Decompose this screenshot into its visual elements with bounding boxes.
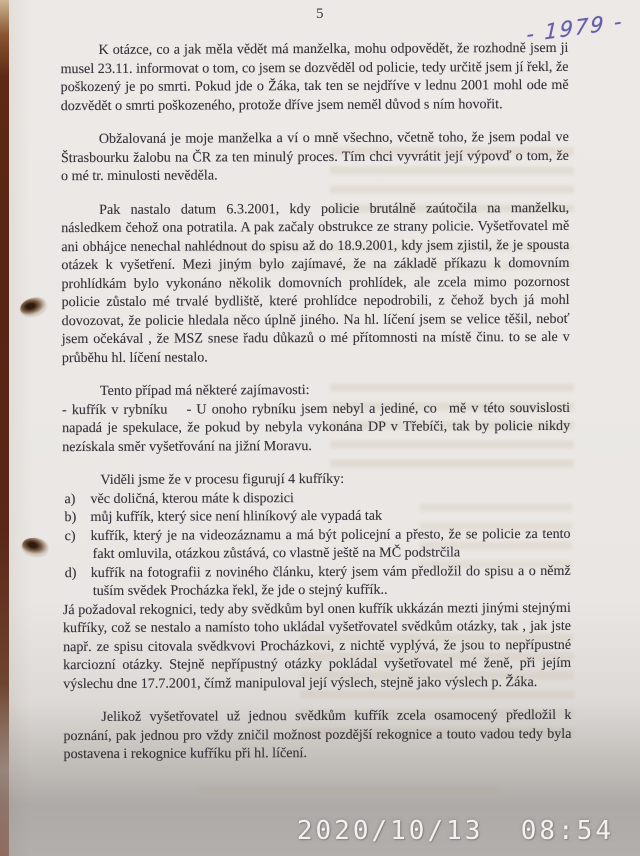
bleedthrough-ghost-text (200, 780, 500, 804)
list-marker: c) (65, 526, 91, 545)
list-item-d: d)kufřík na fotografii z noviného článku… (63, 561, 571, 600)
paragraph-3: Pak nastalo datum 6.3.2001, kdy policie … (61, 198, 570, 367)
list-marker: d) (65, 563, 91, 582)
paragraph-6: Já požadoval rekognici, tedy aby svědkům… (63, 598, 571, 693)
paragraph-1: K otázce, co a jak měla vědět má manželk… (60, 39, 568, 115)
list-item-text: věc doličná, kterou máte k dispozici (90, 490, 294, 507)
interesting-points-heading: Tento případ má některé zajímavosti: (62, 380, 570, 401)
list-item-text: kufřík na fotografii z noviného článku, … (91, 562, 571, 599)
list-marker: a) (64, 489, 90, 508)
list-item-text: můj kufřík, který sice není hliníkový al… (90, 508, 382, 525)
table-edge-background (0, 0, 9, 856)
list-item-b: b)můj kufřík, který sice není hliníkový … (62, 506, 570, 527)
dash-item-suitcase-in-pond: - kufřík v rybníku - U onoho rybníku jse… (62, 398, 570, 456)
camera-timestamp: 2020/10/13 08:54 (297, 816, 614, 846)
document-photo: 5 - 1979 - K otázce, co a jak měla vědět… (0, 0, 640, 856)
list-item-c: c)kufřík, který je na videozáznamu a má … (63, 524, 571, 563)
punch-hole-mark (20, 535, 49, 558)
list-item-a: a)věc doličná, kterou máte k dispozici (62, 487, 570, 508)
list-marker: b) (64, 508, 90, 527)
suitcase-list-intro: Viděli jsme že v procesu figurují 4 kufř… (62, 469, 570, 490)
paragraph-2: Obžalovaná je moje manželka a ví o mně v… (61, 128, 569, 186)
document-body: K otázce, co a jak měla vědět má manželk… (60, 39, 571, 764)
punch-hole-mark (19, 295, 48, 317)
list-item-text: kufřík, který je na videozáznamu a má bý… (91, 525, 571, 562)
paragraph-7: Jelikož vyšetřovatel už jednou svědkům k… (63, 706, 571, 764)
